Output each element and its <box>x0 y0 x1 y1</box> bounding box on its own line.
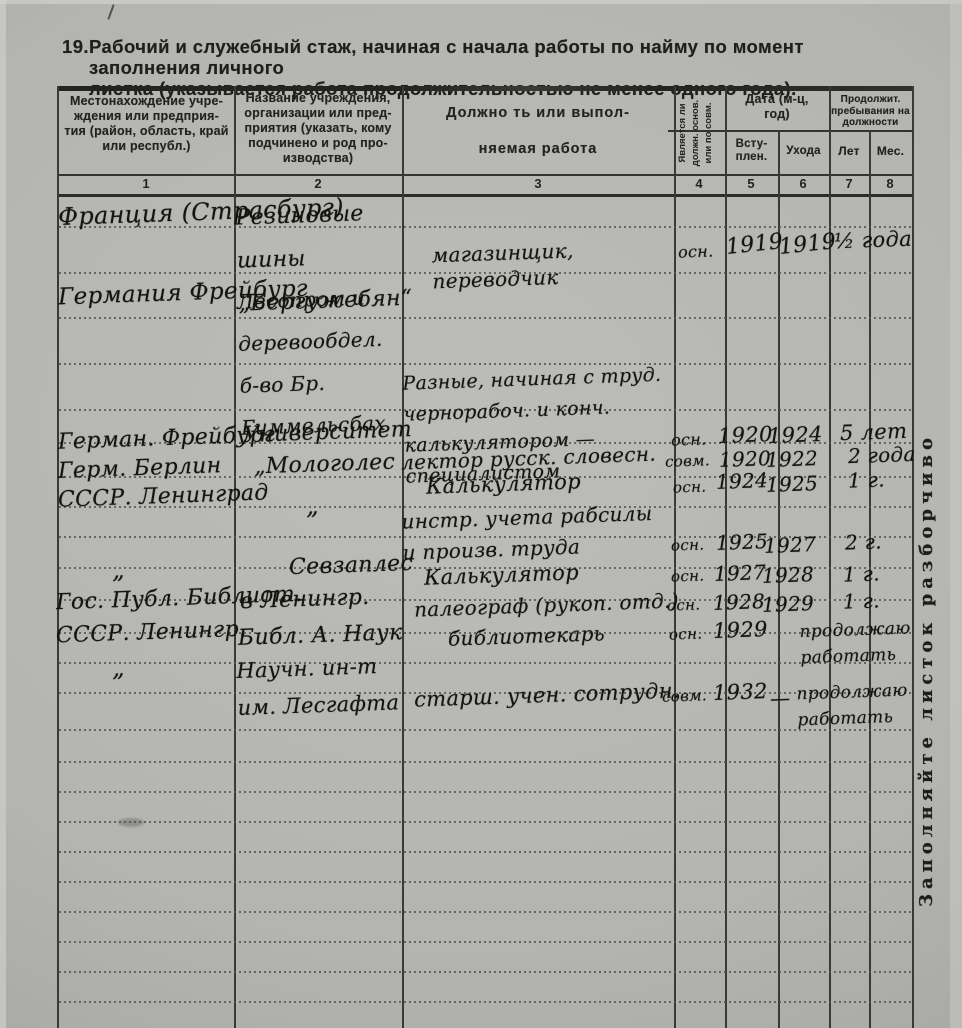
number-row-bottom-line <box>59 194 912 197</box>
entry-1-date-out: 1924 <box>768 422 823 448</box>
entry-1-duration: 5 лет <box>840 419 908 445</box>
entry-0-position: магазинщик, переводчик <box>431 234 683 295</box>
entry-4-position: инстр. учета рабсилы и произв. труда <box>401 497 671 568</box>
dotted-row-rule <box>59 761 912 763</box>
entry-5-duration: 1 г. <box>843 561 881 586</box>
entry-8-duration: продолжаю работать <box>796 677 933 734</box>
dotted-row-rule <box>59 1001 912 1003</box>
entry-3-duration: 1 г. <box>848 467 886 492</box>
entry-6-organization: в Ленингр. <box>240 585 370 615</box>
entry-8-location: „ <box>112 654 126 682</box>
entry-4-role-type: осн. <box>671 535 705 554</box>
entry-7-duration: продолжаю работать <box>799 615 925 671</box>
dotted-row-rule <box>59 662 912 664</box>
dotted-row-rule <box>59 791 912 793</box>
entry-8-organization: Научн. ин-т им. Лесгафта <box>236 647 410 727</box>
entry-2-duration: 2 года <box>848 442 916 468</box>
entry-6-date-out: 1929 <box>762 591 815 617</box>
entry-0-role-type: осн. <box>678 241 714 261</box>
header-cell-date-out: Ухода <box>778 144 829 159</box>
entry-5-date-out: 1928 <box>762 562 815 588</box>
entry-3-date-out: 1925 <box>766 471 819 497</box>
column-number-7: 7 <box>838 176 860 191</box>
scan-edge-left <box>0 0 6 1028</box>
dotted-row-rule <box>59 851 912 853</box>
column-number-3: 3 <box>527 176 549 191</box>
dotted-row-rule <box>59 729 912 731</box>
dotted-row-rule <box>59 941 912 943</box>
entry-8-role-type: совм. <box>662 686 707 706</box>
entry-6-duration: 1 г. <box>843 588 881 613</box>
entry-8-date-in: 1932 <box>713 679 768 705</box>
entry-4-date-out: 1927 <box>764 532 817 558</box>
header-cell-location: Местонахождение учре- ждения или предпри… <box>59 94 234 154</box>
entry-7-role-type: осн. <box>669 624 703 643</box>
header-cell-position: Должно ть или выпол- няемая работа <box>402 95 674 167</box>
entry-8-date-out: — <box>770 686 791 711</box>
entry-4-organization: „ <box>306 492 320 520</box>
header-bottom-line <box>59 174 912 176</box>
header-cell-date-group: Дата (м-ц, год) <box>725 92 829 122</box>
entry-4-duration: 2 г. <box>845 529 883 554</box>
header-cell-role-type: Является ли должн. основ. или по совм. <box>676 89 722 177</box>
entry-4-date-in: 1925 <box>716 529 769 555</box>
column-number-2: 2 <box>307 176 329 191</box>
scan-edge-right <box>950 0 962 1028</box>
header-cell-organization: Название учреждения, организации или пре… <box>234 91 402 166</box>
entry-5-role-type: осн. <box>671 566 705 585</box>
entry-5-date-in: 1927 <box>714 560 767 586</box>
header-cell-duration-group: Продолжит. пребывания на должности <box>829 94 912 129</box>
entry-1-role-type: осн. <box>671 429 707 449</box>
scan-edge-top <box>0 0 962 4</box>
column-number-1: 1 <box>135 176 157 191</box>
entry-5-organization: Севзаплес <box>289 551 414 580</box>
entry-6-role-type: осн. <box>667 595 701 614</box>
scanned-form-page: 19. Рабочий и служебный стаж, начиная с … <box>0 0 962 1028</box>
header-cell-months: Мес. <box>869 144 912 159</box>
entry-3-date-in: 1924 <box>716 468 769 494</box>
ink-mark <box>107 4 114 20</box>
dotted-row-rule <box>59 821 912 823</box>
dotted-row-rule <box>59 881 912 883</box>
dotted-row-rule <box>59 971 912 973</box>
entry-2-date-out: 1922 <box>766 446 819 472</box>
column-number-5: 5 <box>740 176 762 191</box>
entry-7-date-in: 1929 <box>713 617 768 643</box>
entry-1-date-in: 1920 <box>718 422 773 448</box>
entry-3-role-type: осн. <box>673 477 707 496</box>
column-number-8: 8 <box>879 176 901 191</box>
column-number-4: 4 <box>688 176 710 191</box>
table-top-border <box>59 86 912 91</box>
entry-5-location: „ <box>112 556 126 584</box>
column-number-6: 6 <box>792 176 814 191</box>
header-cell-years: Лет <box>829 144 869 159</box>
dotted-row-rule <box>59 911 912 913</box>
entry-0-duration: ½ года <box>834 227 913 254</box>
entry-6-date-in: 1928 <box>713 589 766 615</box>
entry-2-role-type: совм. <box>665 451 710 471</box>
entry-3-organization: „Мологолес <box>254 450 396 480</box>
margin-note-vertical: Заполняйте листок разборчиво <box>916 360 944 980</box>
dotted-row-rule <box>59 317 912 319</box>
dotted-row-rule <box>59 363 912 365</box>
header-cell-date-in: Всту- плен. <box>725 138 778 164</box>
